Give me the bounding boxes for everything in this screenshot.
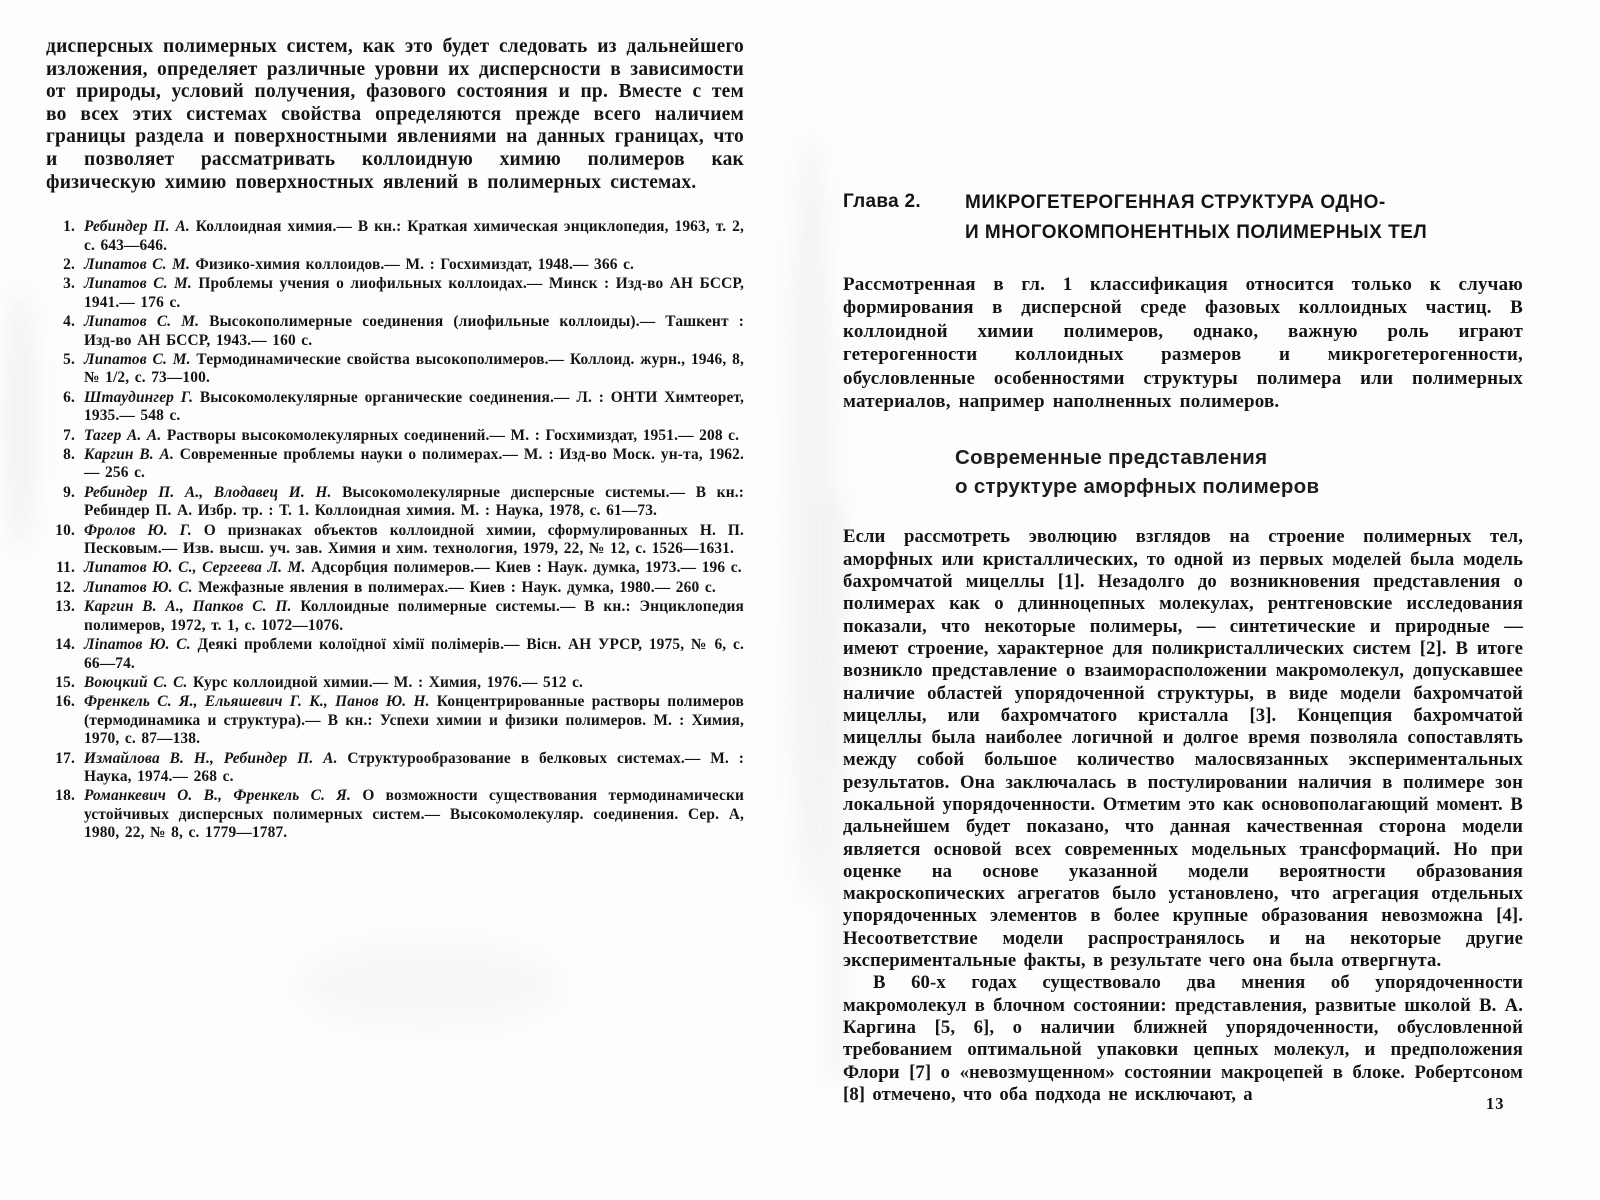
reference-number: 14.	[46, 636, 75, 654]
reference-number: 18.	[46, 787, 75, 805]
reference-number: 5.	[46, 351, 75, 369]
reference-number: 2.	[46, 256, 75, 274]
body-paragraph-1: Если рассмотреть эволюцию взглядов на ст…	[843, 526, 1523, 972]
left-intro-paragraph: дисперсных полимерных систем, как это бу…	[46, 36, 744, 194]
reference-item: 13.Каргин В. А., Папков С. П. Коллоидные…	[46, 598, 744, 635]
references-list: 1.Ребиндер П. А. Коллоидная химия.— В кн…	[46, 218, 744, 842]
reference-item: 14.Ліпатов Ю. С. Деякі проблеми колоїдно…	[46, 636, 744, 673]
reference-authors: Френкель С. Я., Ельяшевич Г. К., Панов Ю…	[84, 693, 437, 710]
reference-authors: Каргин В. А.	[84, 446, 180, 463]
reference-authors: Липатов Ю. С., Сергеева Л. М.	[84, 559, 311, 576]
reference-item: 11.Липатов Ю. С., Сергеева Л. М. Адсорбц…	[46, 559, 744, 577]
reference-number: 9.	[46, 484, 75, 502]
section-heading-line-2: о структуре аморфных полимеров	[955, 472, 1523, 501]
reference-number: 6.	[46, 389, 75, 407]
reference-authors: Воюцкий С. С.	[84, 674, 193, 691]
scan-artifact	[300, 940, 560, 1030]
right-page: Глава 2. МИКРОГЕТЕРОГЕННАЯ СТРУКТУРА ОДН…	[843, 188, 1523, 1106]
reference-text: Растворы высокомолекулярных соединений.—…	[167, 427, 739, 444]
reference-number: 11.	[46, 559, 75, 577]
reference-number: 7.	[46, 427, 75, 445]
reference-item: 15.Воюцкий С. С. Курс коллоидной химии.—…	[46, 674, 744, 692]
reference-item: 4.Липатов С. М. Высокополимерные соедине…	[46, 313, 744, 350]
reference-number: 12.	[46, 579, 75, 597]
reference-item: 18.Романкевич О. В., Френкель С. Я. О во…	[46, 787, 744, 842]
scan-artifact	[788, 140, 834, 900]
reference-item: 5.Липатов С. М. Термодинамические свойст…	[46, 351, 744, 388]
reference-item: 12.Липатов Ю. С. Межфазные явления в пол…	[46, 579, 744, 597]
reference-authors: Романкевич О. В., Френкель С. Я.	[84, 787, 362, 804]
reference-number: 4.	[46, 313, 75, 331]
reference-authors: Измайлова В. Н., Ребиндер П. А.	[84, 750, 347, 767]
reference-authors: Липатов С. М.	[84, 313, 209, 330]
reference-item: 9.Ребиндер П. А., Влодавец И. Н. Высоком…	[46, 484, 744, 521]
reference-authors: Липатов С. М.	[84, 275, 198, 292]
chapter-title-line-2: И МНОГОКОМПОНЕНТНЫХ ПОЛИМЕРНЫХ ТЕЛ	[965, 218, 1427, 248]
scanned-book-spread: { "page_left": { "intro_paragraph": "дис…	[0, 0, 1600, 1200]
reference-number: 8.	[46, 446, 75, 464]
reference-item: 8.Каргин В. А. Современные проблемы наук…	[46, 446, 744, 483]
chapter-title-line-1: МИКРОГЕТЕРОГЕННАЯ СТРУКТУРА ОДНО-	[965, 188, 1427, 218]
scan-artifact	[828, 500, 844, 1080]
reference-item: 17.Измайлова В. Н., Ребиндер П. А. Струк…	[46, 750, 744, 787]
reference-item: 16.Френкель С. Я., Ельяшевич Г. К., Пано…	[46, 693, 744, 748]
reference-item: 1.Ребиндер П. А. Коллоидная химия.— В кн…	[46, 218, 744, 255]
reference-item: 10.Фролов Ю. Г. О признаках объектов кол…	[46, 522, 744, 559]
section-heading-line-1: Современные представления	[955, 443, 1523, 472]
reference-authors: Каргин В. А., Папков С. П.	[84, 598, 300, 615]
reference-text: Современные проблемы науки о полимерах.—…	[84, 446, 744, 481]
reference-authors: Ребиндер П. А., Влодавец И. Н.	[84, 484, 342, 501]
reference-authors: Штаудингер Г.	[84, 389, 200, 406]
reference-authors: Ребиндер П. А.	[84, 218, 196, 235]
reference-item: 7.Тагер А. А. Растворы высокомолекулярны…	[46, 427, 744, 445]
reference-text: Физико-химия коллоидов.— М. : Госхимизда…	[196, 256, 635, 273]
reference-number: 10.	[46, 522, 75, 540]
chapter-heading: Глава 2. МИКРОГЕТЕРОГЕННАЯ СТРУКТУРА ОДН…	[843, 188, 1523, 248]
reference-number: 16.	[46, 693, 75, 711]
reference-number: 13.	[46, 598, 75, 616]
scan-artifact	[4, 290, 38, 550]
reference-number: 3.	[46, 275, 75, 293]
reference-authors: Тагер А. А.	[84, 427, 167, 444]
reference-number: 17.	[46, 750, 75, 768]
reference-item: 6.Штаудингер Г. Высокомолекулярные орган…	[46, 389, 744, 426]
body-text: Если рассмотреть эволюцию взглядов на ст…	[843, 526, 1523, 1106]
reference-item: 3.Липатов С. М. Проблемы учения о лиофил…	[46, 275, 744, 312]
page-number: 13	[1486, 1094, 1505, 1114]
reference-authors: Липатов Ю. С.	[84, 579, 198, 596]
reference-number: 1.	[46, 218, 75, 236]
chapter-label: Глава 2.	[843, 188, 965, 213]
reference-authors: Ліпатов Ю. С.	[84, 636, 197, 653]
section-heading: Современные представления о структуре ам…	[955, 443, 1523, 501]
right-intro-paragraph: Рассмотренная в гл. 1 классификация отно…	[843, 273, 1523, 413]
reference-text: Курс коллоидной химии.— М. : Химия, 1976…	[193, 674, 583, 691]
reference-number: 15.	[46, 674, 75, 692]
left-page: дисперсных полимерных систем, как это бу…	[46, 36, 744, 844]
reference-text: Межфазные явления в полимерах.— Киев : Н…	[198, 579, 716, 596]
reference-item: 2.Липатов С. М. Физико-химия коллоидов.—…	[46, 256, 744, 274]
reference-authors: Липатов С. М.	[84, 351, 196, 368]
reference-authors: Фролов Ю. Г.	[84, 522, 204, 539]
reference-authors: Липатов С. М.	[84, 256, 196, 273]
chapter-title: МИКРОГЕТЕРОГЕННАЯ СТРУКТУРА ОДНО- И МНОГ…	[965, 188, 1427, 248]
body-paragraph-2: В 60-х годах существовало два мнения об …	[843, 972, 1523, 1106]
reference-text: Адсорбция полимеров.— Киев : Наук. думка…	[311, 559, 742, 576]
